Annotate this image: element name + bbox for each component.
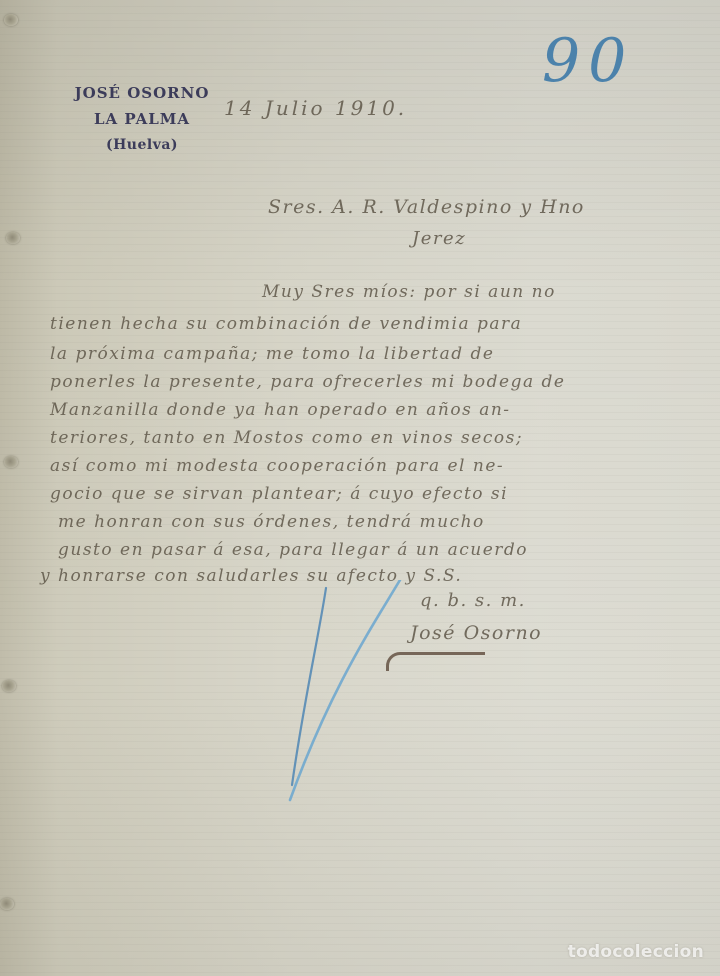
body-line: teriores, tanto en Mostos como en vinos … [50,428,523,448]
punch-hole-icon [2,680,16,692]
letter-page: JOSÉ OSORNO LA PALMA (Huelva) 14 Julio 1… [0,0,720,976]
folio-number: 90 [542,26,634,96]
punch-hole-icon [4,14,18,26]
check-mark-icon [270,580,430,810]
letterhead-province: (Huelva) [52,132,232,158]
body-line: gocio que se sirvan plantear; á cuyo efe… [50,484,508,504]
letterhead-city: LA PALMA [52,106,232,132]
body-line: tienen hecha su combinación de vendimia … [50,314,522,334]
body-line: Muy Sres míos: por si aun no [262,282,556,302]
body-line: la próxima campaña; me tomo la libertad … [50,344,494,364]
letterhead-name: JOSÉ OSORNO [52,80,232,106]
body-line: así como mi modesta cooperación para el … [50,456,504,476]
addressee-city: Jerez [412,228,466,249]
letter-date: 14 Julio 1910. [224,96,407,120]
body-line: ponerles la presente, para ofrecerles mi… [50,372,565,392]
punch-hole-icon [0,898,14,910]
body-line: gusto en pasar á esa, para llegar á un a… [58,540,528,560]
body-line: Manzanilla donde ya han operado en años … [50,400,511,420]
watermark: todocoleccion [568,942,704,962]
punch-hole-icon [4,456,18,468]
addressee: Sres. A. R. Valdespino y Hno [268,196,585,218]
punch-hole-icon [6,232,20,244]
body-line: me honran con sus órdenes, tendrá mucho [58,512,485,532]
letter-closing: q. b. s. m. [420,590,526,611]
letterhead: JOSÉ OSORNO LA PALMA (Huelva) [52,80,232,158]
